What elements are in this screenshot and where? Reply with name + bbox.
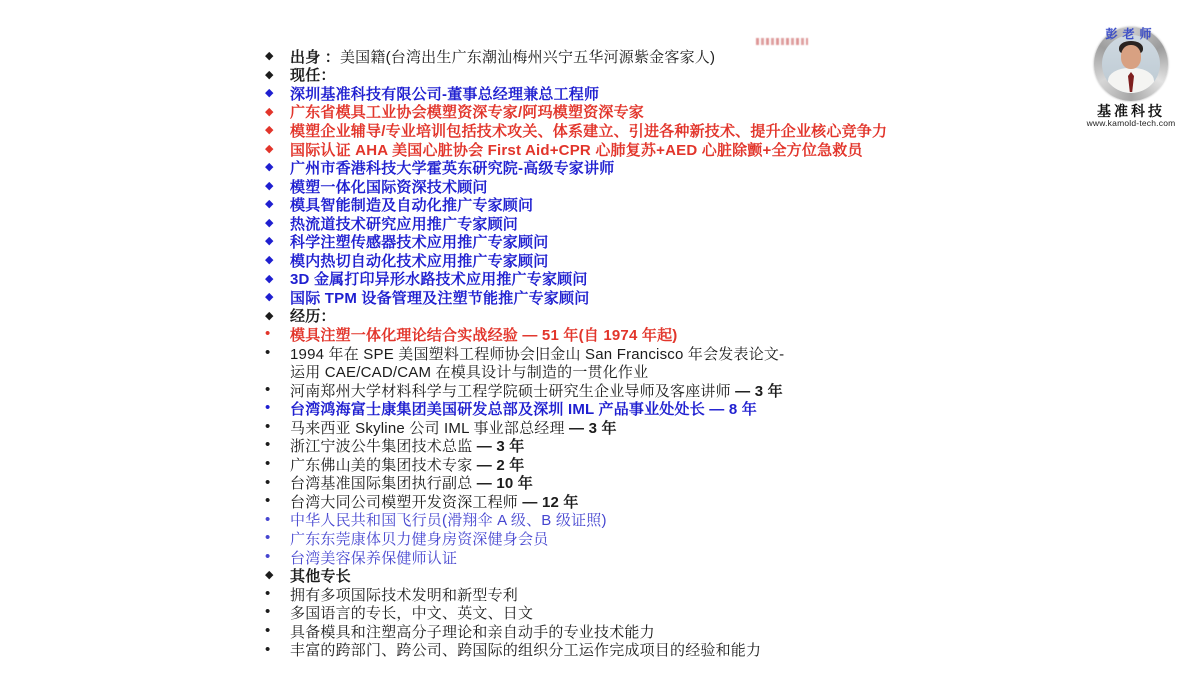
bullet-diamond-icon: ◆	[265, 66, 290, 85]
list-item: ◆3D 金属打印异形水路技术应用推广专家顾问	[265, 270, 1165, 289]
company-website: www.kamold-tech.com	[1083, 118, 1179, 128]
bullet-dot-icon: •	[265, 548, 290, 567]
bullet-diamond-icon: ◆	[265, 270, 290, 289]
calligraphy-name: 彭老师	[1096, 25, 1166, 42]
bullet-diamond-icon: ◆	[265, 251, 290, 270]
bullet-dot-icon: •	[265, 325, 290, 344]
bullet-diamond-icon: ◆	[265, 47, 290, 66]
bullet-dot-icon: •	[265, 381, 290, 400]
bullet-diamond-icon: ◆	[265, 195, 290, 214]
list-item: •台湾美容保养保健师认证	[265, 548, 1165, 567]
list-item: ◆模具智能制造及自动化推广专家顾问	[265, 195, 1165, 214]
list-item-text: 丰富的跨部门、跨公司、跨国际的组织分工运作完成项目的经验和能力	[290, 639, 761, 660]
list-item: ◆科学注塑传感器技术应用推广专家顾问	[265, 232, 1165, 251]
bullet-dot-icon: •	[265, 492, 290, 511]
list-item: ◆模内热切自动化技术应用推广专家顾问	[265, 251, 1165, 270]
bullet-dot-icon: •	[265, 474, 290, 493]
list-item: •浙江宁波公牛集团技术总监 — 3 年	[265, 436, 1165, 455]
list-item-text: 出身 ：美国籍(台湾出生广东潮汕梅州兴宁五华河源紫金客家人)	[290, 46, 715, 67]
list-item: ◆国际认证 AHA 美国心脏协会 First Aid+CPR 心肺复苏+AED …	[265, 140, 1165, 159]
list-item: ◆模塑一体化国际资深技术顾问	[265, 177, 1165, 196]
list-item: ◆深圳基准科技有限公司-董事总经理兼总工程师	[265, 84, 1165, 103]
bullet-dot-icon: •	[265, 436, 290, 455]
list-item: ◆其他专长	[265, 566, 1165, 585]
list-item: ◆广州市香港科技大学霍英东研究院-高级专家讲师	[265, 158, 1165, 177]
bullet-dot-icon: •	[265, 418, 290, 437]
bullet-diamond-icon: ◆	[265, 177, 290, 196]
bullet-diamond-icon: ◆	[265, 121, 290, 140]
list-item: •拥有多项国际技术发明和新型专利	[265, 585, 1165, 604]
list-item: •丰富的跨部门、跨公司、跨国际的组织分工运作完成项目的经验和能力	[265, 641, 1165, 660]
bullet-diamond-icon: ◆	[265, 158, 290, 177]
list-item: •台湾基准国际集团执行副总 — 10 年	[265, 474, 1165, 493]
list-item: ◆国际 TPM 设备管理及注塑节能推广专家顾问	[265, 288, 1165, 307]
list-item: •台湾大同公司模塑开发资深工程师 — 12 年	[265, 492, 1165, 511]
bullet-dot-icon: •	[265, 399, 290, 418]
bullet-diamond-icon: ◆	[265, 84, 290, 103]
bullet-diamond-icon: ◆	[265, 288, 290, 307]
list-item: ◆模塑企业辅导/专业培训包括技术攻关、体系建立、引进各种新技术、提升企业核心竞争…	[265, 121, 1165, 140]
bullet-dot-icon: •	[265, 344, 290, 363]
list-item: •广东东莞康体贝力健身房资深健身会员	[265, 529, 1165, 548]
bullet-dot-icon: •	[265, 529, 290, 548]
list-item: ◆出身 ：美国籍(台湾出生广东潮汕梅州兴宁五华河源紫金客家人)	[265, 47, 1165, 66]
portrait-photo	[1102, 35, 1160, 93]
bullet-diamond-icon: ◆	[265, 214, 290, 233]
list-item: •模具注塑一体化理论结合实战经验 — 51 年(自 1974 年起)	[265, 325, 1165, 344]
list-item: •广东佛山美的集团技术专家 — 2 年	[265, 455, 1165, 474]
content-list: ◆出身 ：美国籍(台湾出生广东潮汕梅州兴宁五华河源紫金客家人)◆现任：◆深圳基准…	[265, 47, 1165, 659]
list-item: ◆热流道技术研究应用推广专家顾问	[265, 214, 1165, 233]
bullet-diamond-icon: ◆	[265, 140, 290, 159]
list-item: •多国语言的专长，中文、英文、日文	[265, 603, 1165, 622]
list-item: 运用 CAE/CAD/CAM 在模具设计与制造的一贯化作业	[265, 362, 1165, 381]
list-item: •台湾鸿海富士康集团美国研发总部及深圳 IML 产品事业处处长 — 8 年	[265, 399, 1165, 418]
bullet-dot-icon: •	[265, 603, 290, 622]
bullet-dot-icon: •	[265, 622, 290, 641]
slide-page: { "colors": { "black": "#1c1c1c", "blue"…	[0, 0, 1200, 675]
tiny-red-note	[756, 38, 808, 45]
bullet-diamond-icon: ◆	[265, 103, 290, 122]
list-item: ◆经历：	[265, 307, 1165, 326]
list-item: •具备模具和注塑高分子理论和亲自动手的专业技术能力	[265, 622, 1165, 641]
bullet-dot-icon: •	[265, 585, 290, 604]
bullet-diamond-icon: ◆	[265, 307, 290, 326]
face-shape	[1121, 45, 1141, 69]
list-item: ◆广东省模具工业协会模塑资深专家/阿玛模塑资深专家	[265, 103, 1165, 122]
bullet-dot-icon: •	[265, 455, 290, 474]
list-item: •马来西亚 Skyline 公司 IML 事业部总经理 — 3 年	[265, 418, 1165, 437]
list-item: •中华人民共和国飞行员(滑翔伞 A 级、B 级证照)	[265, 511, 1165, 530]
list-item: •河南郑州大学材料科学与工程学院硕士研究生企业导师及客座讲师 — 3 年	[265, 381, 1165, 400]
bullet-dot-icon: •	[265, 641, 290, 660]
list-item: ◆现任：	[265, 66, 1165, 85]
list-item: •1994 年在 SPE 美国塑料工程师协会旧金山 San Francisco …	[265, 344, 1165, 363]
bullet-dot-icon: •	[265, 511, 290, 530]
bullet-diamond-icon: ◆	[265, 566, 290, 585]
bullet-diamond-icon: ◆	[265, 232, 290, 251]
